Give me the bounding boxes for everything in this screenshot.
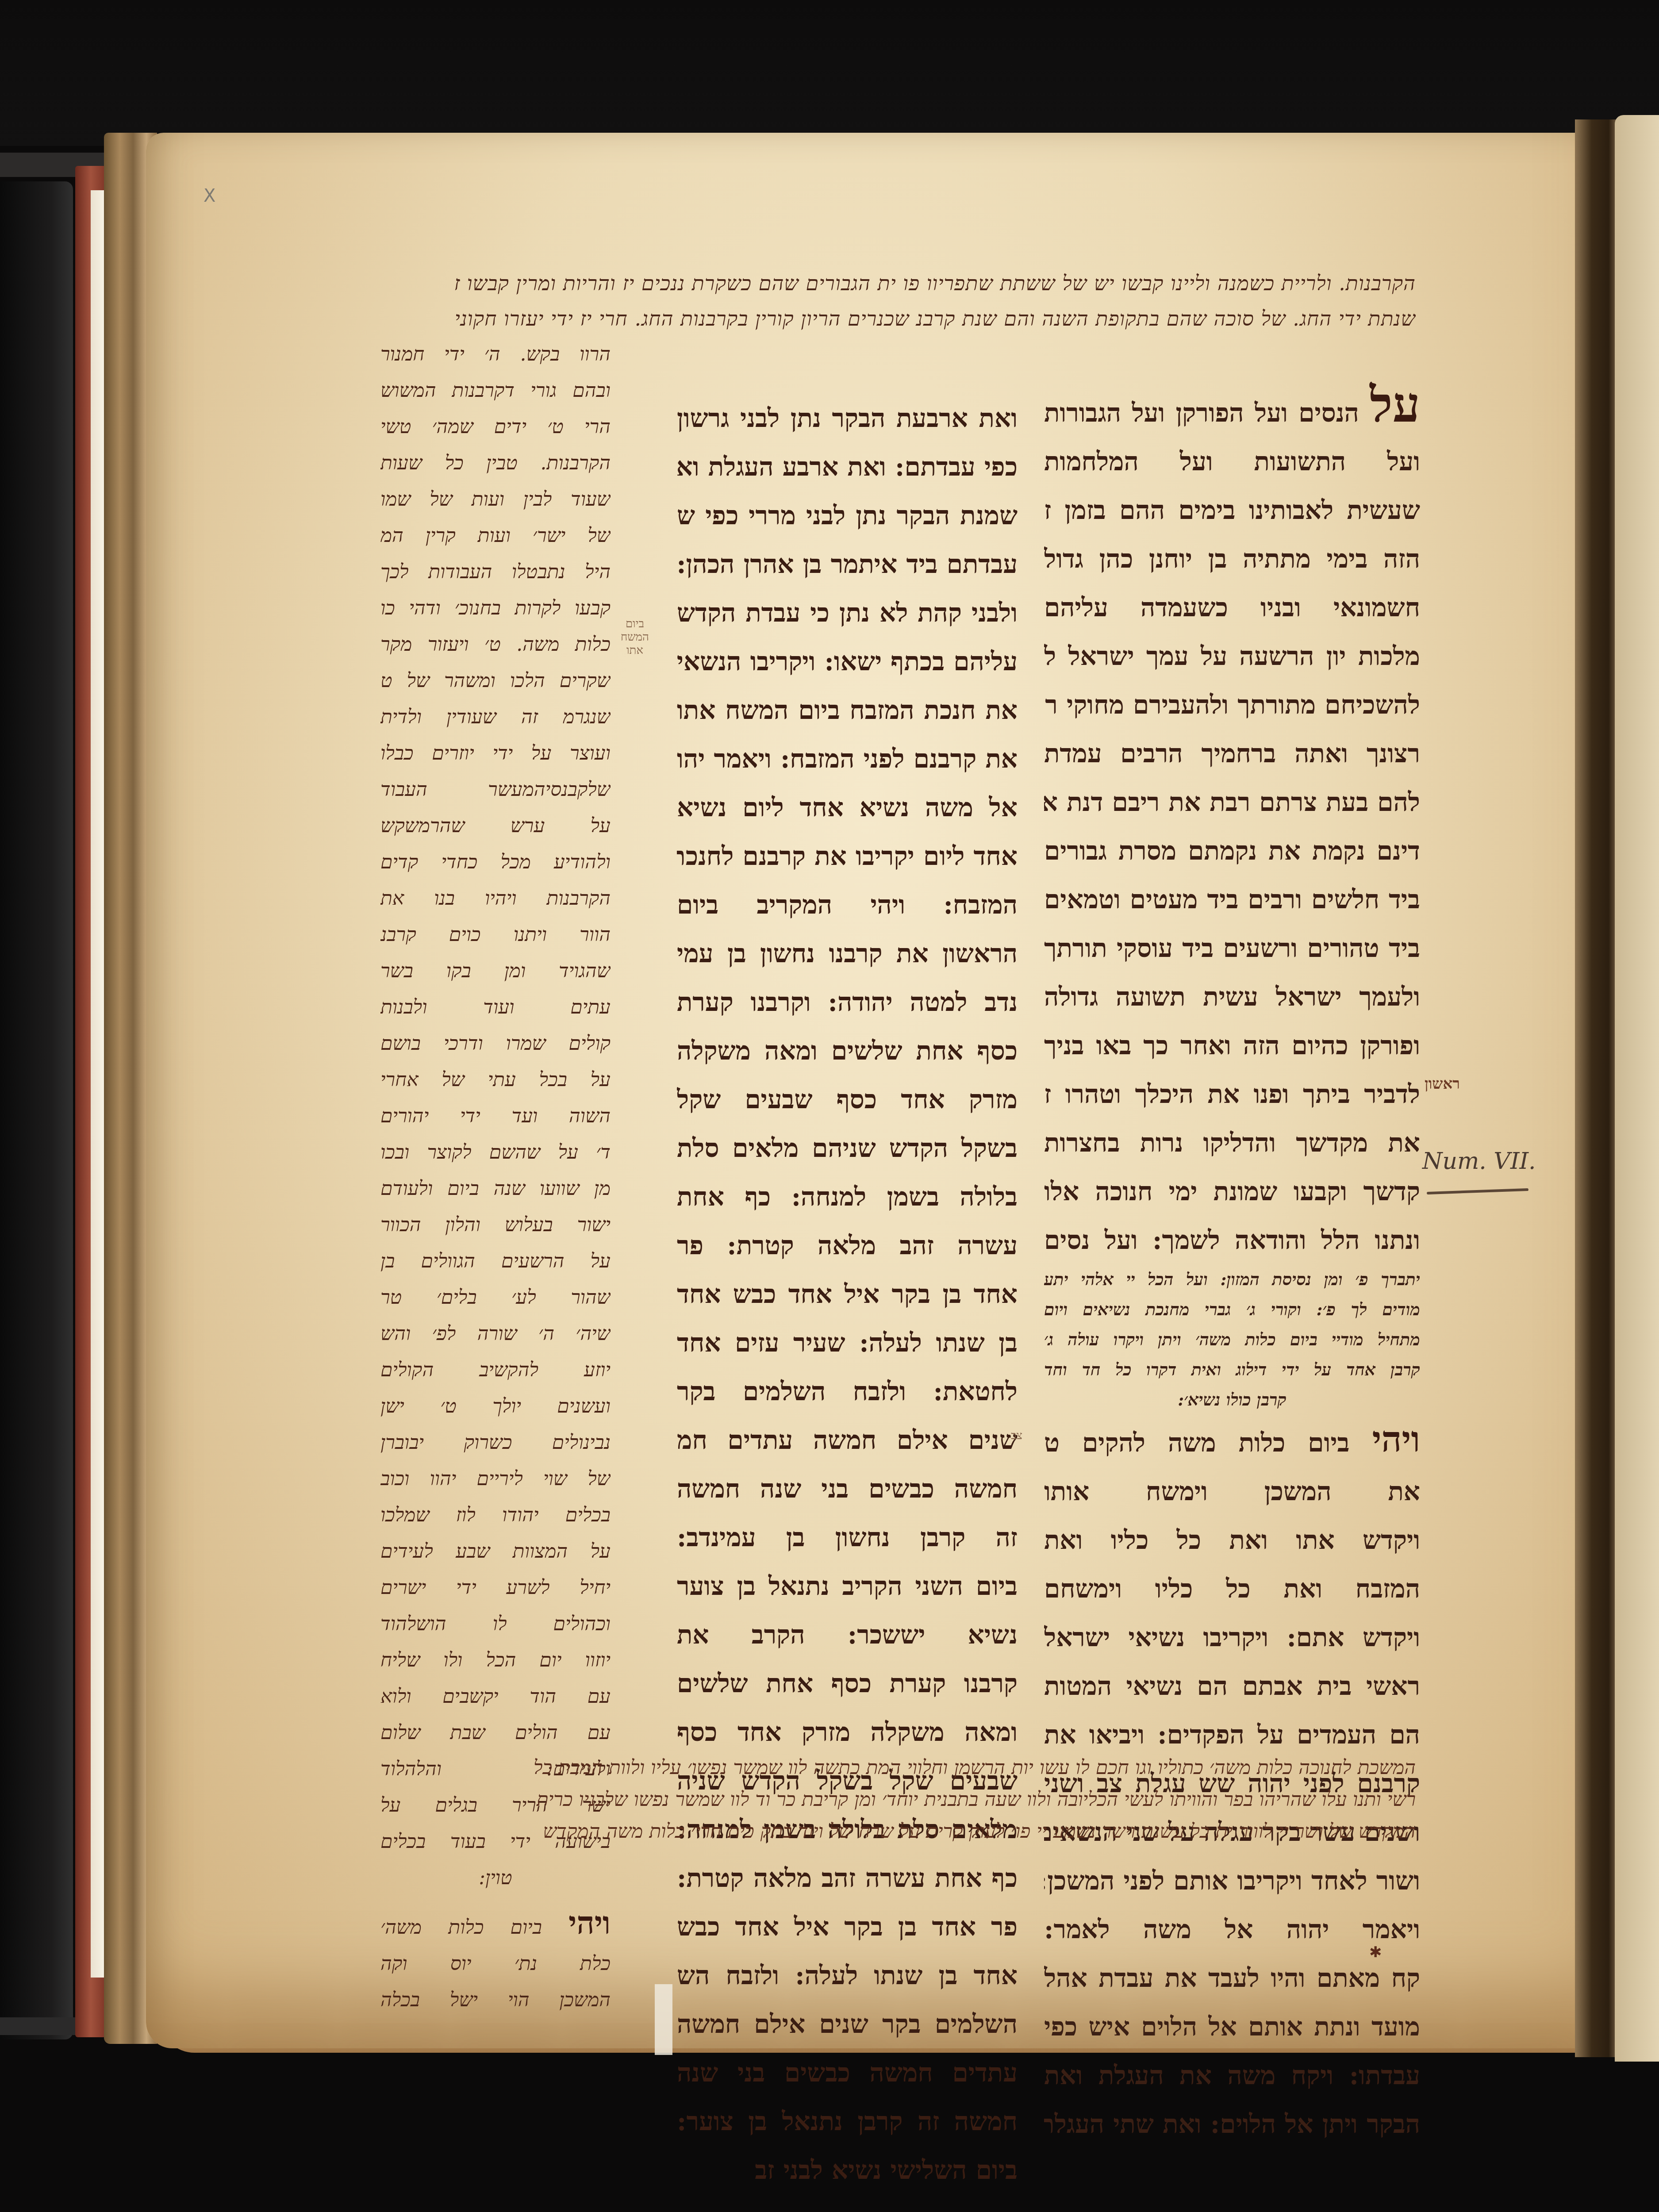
text-line: ביום השני הקריב נתנאל בן צוער [677,1562,1018,1610]
latin-marginal-reference: Num. VII. [1422,1148,1536,1175]
text-line: בלולה בשמן למנחה: כף אחת [677,1172,1018,1221]
text-line: בשקל הקדש שניהם מלאים סלת [677,1124,1018,1172]
text-line: מועד ונתת אותם אל הלוים איש כפי [1044,2002,1420,2051]
commentary-line: שלקבנסיהמעשר העבוד [380,772,611,808]
text-line: כפי עבדתם: ואת ארבע העגלת ואת [677,442,1018,491]
text-line: ויהי ביום כלות משה להקים ט [1044,1415,1420,1467]
masora-line: המשכת לחנוכה כלות משה׳ כתוליו וגו חכם לו… [389,1752,1416,1784]
text-line: בן שנתו לעלה: שעיר עזים אחד [677,1318,1018,1367]
text-line: המזבח ואת כל כליו וימשחם [1044,1564,1420,1613]
rubric-line: קרבן אחד על ידי דילוג ואית דקרו כל חד וח… [1044,1355,1420,1385]
commentary-line: יוזע להקשיב הקולים [380,1352,611,1388]
binding-flyleaf [91,190,104,1978]
text-line: לחטאת: ולזבח השלמים בקר [677,1367,1018,1416]
commentary-line: שנגרמ זה שעודין ולדית [380,699,611,735]
commentary-line: על המצוות שבע לעידים [380,1533,611,1570]
rubric-line: קרבן כולו נשיא׳: [1044,1385,1420,1415]
text-line: שנים אילם חמשה עתדים חמ [677,1416,1018,1464]
text-line: חשמונאי ובניו כשעמדה עליהם [1044,583,1420,632]
facing-page-edge [1615,115,1659,2062]
text-line: קרבנו קערת כסף אחת שלשים [677,1659,1018,1708]
commentary-line: כלות משה. ט׳ ויעזור מקר [380,626,611,663]
text-line: אחד בן שנתו לעלה: ולזבח הש [677,1951,1018,2000]
commentary-line: הוור ויתנו כוים קרבנ [380,917,611,953]
text-line: עשרה זהב מלאה קטרת: פר [677,1221,1018,1270]
section-initial-word: ויהי [1372,1418,1420,1460]
commentary-line: עם הוד יקשבים ולוא [380,1678,611,1715]
commentary-line: קבעו לקרות בחנוכ׳ ודהי כו [380,590,611,626]
section-initial-word: ויהי [568,1905,611,1941]
initial-word: על [1370,380,1420,433]
commentary-line: על בכל עתי של אחרי [380,1062,611,1098]
commentary-line: עתים ועוד ולבנות [380,989,611,1025]
text-line: עתדים חמשה כבשים בני שנה [677,2048,1018,2097]
commentary-line: הקרבנות. טבין כל שעות [380,445,611,481]
marginal-note-faint: צב [1011,1429,1022,1442]
text-line: אל משה נשיא אחד ליום נשיא [677,783,1018,832]
text-line: הזה בימי מתתיה בן יוחנן כהן גדול [1044,534,1420,583]
right-column: על הנסים ועל הפורקן ועל הגבורות ועל התשו… [1044,380,1420,2148]
commentary-line: וכהולים לו הושלהוד [380,1606,611,1642]
text-line: ונתנו הלל והודאה לשמך: ועל נסים [1044,1216,1420,1264]
commentary-line: בכלים יהודו לוז שמלכו [380,1497,611,1533]
commentary-line: שיה׳ ה׳ שורה לפ׳ והש [380,1316,611,1352]
commentary-line: ולהודיע מכל כחדי קדים [380,844,611,880]
text-line: את קרבנם לפני המזבח: ויאמר יהוה [677,734,1018,783]
text-line: ופורקן כהיום הזה ואחר כך באו בניך [1044,1021,1420,1070]
commentary-line: השוה ועד ידי יהורים [380,1098,611,1134]
text-line: ולבני קהת לא נתן כי עבדת הקדש [677,588,1018,637]
commentary-line: הקרבנות ויהיו בנו את [380,880,611,917]
text-line: רצונך ואתה ברחמיך הרבים עמדת [1044,729,1420,778]
text-line: הבקר ויתן אל הלוים: ואת שתי העגלת [1044,2100,1420,2148]
text-line: חמשה כבשים בני שנה חמשה [677,1464,1018,1513]
text-line: עבדתם ביד איתמר בן אהרן הכהן: [677,540,1018,588]
text-line: את מקדשך והדליקו נרות בחצרות [1044,1118,1420,1167]
commentary-line: יחיל לשרע ידי ישרים [380,1570,611,1606]
masora-line: המקדש של ושר יי לווור ית כל עשנת וישר נש… [389,1816,1416,1847]
text-line: המזבח: ויהי המקריב ביום [677,880,1018,929]
text-line: נדב למטה יהודה: וקרבנו קערת [677,978,1018,1026]
text-line: אחד ליום יקריבו את קרבנם לחנכת [677,832,1018,880]
commentary-line: ובהם גורי דקרבנות המשוש [380,373,611,409]
commentary-line: טוין: [380,1860,611,1896]
text-line: ויאמר יהוה אל משה לאמר: [1044,1905,1420,1954]
text-line: ויהי ביום כלות משה׳ [380,1905,611,1946]
text-line: פר אחד בן בקר איל אחד כבש [677,1902,1018,1951]
commentary-line: הרי ט׳ ידים שמה׳ טשי [380,409,611,445]
text-line: כסף אחת שלשים ומאה משקלה [677,1026,1018,1075]
commentary-line: של שוי ליריים יהוו וכוב [380,1461,611,1497]
text-line: כלת נת׳ יוס וקה [380,1946,611,1982]
commentary-line: ועוצר על ידי יוזרים כבלו [380,735,611,772]
text-line: להשכיחם מתורתך ולהעבירם מחוקי רצ [1044,680,1420,729]
commentary-line: עם הולים שבת שלום [380,1715,611,1751]
text-line: על הנסים ועל הפורקן ועל הגבורות [1044,380,1420,437]
text-line: קח מאתם והיו לעבד את עבדת אהל [1044,1954,1420,2002]
text-line: עליהם בכתף ישאו: ויקריבו הנשאים [677,637,1018,686]
text-line: ואת ארבעת הבקר נתן לבני גרשון [677,394,1018,442]
text-line: דינם נקמת את נקמתם מסרת גבורים [1044,826,1420,875]
commentary-line: ועשנים יולך ט׳ ישן [380,1388,611,1425]
text-line: ושור לאחד ויקריבו אותם לפני המשכן: [1044,1856,1420,1905]
bottom-margin-masora: המשכת לחנוכה כלות משה׳ כתוליו וגו חכם לו… [389,1752,1416,1847]
text-line: השלמים בקר שנים אילם חמשה [677,2000,1018,2048]
text-line: ומאה משקלה מזרק אחד כסף [677,1708,1018,1756]
text-line: המשכן הוי ישל בכלה [380,1982,611,2018]
text-line: ועל התשועות ועל המלחמות [1044,437,1420,486]
masora-line: רשי ותנו עלו שהריהו בפר והוויתו לעשי הכל… [389,1784,1416,1816]
text-line: עבדתו: ויקח משה את העגלת ואת [1044,2051,1420,2100]
masora-line: הקרבנות. ולריית כשמנה וליינו קבשו יש של … [389,265,1416,301]
masora-line: שנתת ידי החג. של סוכה שהם בתקופת השנה וה… [389,301,1416,336]
text-line: ויקדש אתו ואת כל כליו ואת [1044,1516,1420,1564]
commentary-line: שעוד לבין ועות של שמו [380,481,611,518]
text-line: את המשכן וימשח אותו [1044,1467,1420,1516]
page-repair-strip [655,1984,672,2055]
commentary-line: על הרשעים הגוולים בן [380,1243,611,1279]
text-line: ביד חלשים ורבים ביד מעטים וטמאים [1044,875,1420,924]
commentary-line: נבינולים כשרוק יבוברן [380,1425,611,1461]
rubric-line: יתברך פ׳ ומן נסיסת המזון: ועל הכל יי אלה… [1044,1264,1420,1294]
commentary-line: ישור בעלוש והלון הכוור [380,1207,611,1243]
text-line: להם בעת צרתם רבת את ריבם דנת את [1044,778,1420,826]
text-line: לדביר ביתך ופנו את היכלך וטהרו ז [1044,1070,1420,1118]
top-margin-masora: הקרבנות. ולריית כשמנה וליינו קבשו יש של … [389,265,1416,336]
text-line: נשיא יששכר: הקרב את [677,1610,1018,1659]
ornament-mark: ✱ [1369,1947,1381,1958]
text-line: מלכות יון הרשעה על עמך ישראל ל [1044,632,1420,680]
text-line: שמנת הבקר נתן לבני מררי כפי ש [677,491,1018,540]
commentary-line: שקרים הלכו ומשהר של ט [380,663,611,699]
marginal-note-rishon: ראשון [1425,1075,1460,1093]
text-line: זה קרבן נחשון בן עמינדב: [677,1513,1018,1562]
text-line: אחד בן בקר איל אחד כבש אחד [677,1270,1018,1318]
text-line: כף אחת עשרה זהב מלאה קטרת: [677,1854,1018,1902]
commentary-line: היל נתבטלו העבודות לכך [380,554,611,590]
middle-column: ואת ארבעת הבקר נתן לבני גרשון כפי עבדתם:… [677,394,1018,2194]
commentary-line: יוזוו יום הכל ולו שליח [380,1642,611,1678]
commentary-line: של ישר׳ ועות קרין המ [380,518,611,554]
commentary-line: ד׳ על שהשם לקוצר ובכו [380,1134,611,1171]
marginal-note-faint: ביום המשח אתו [617,617,653,657]
rubric-line: מודים לך פ׳: וקורי ג׳ גברי מחנכת נשיאים … [1044,1294,1420,1325]
text-line: חמשה זה קרבן נתנאל בן צוער: [677,2097,1018,2146]
text-line: קדשך וקבעו שמונת ימי חנוכה אלו [1044,1167,1420,1216]
text-line: ביום השלישי נשיא לבני זב [677,2146,1018,2194]
text-line: שעשית לאבותינו בימים ההם בזמן ז [1044,486,1420,534]
text-line: את חנכת המזבח ביום המשח אתו [677,686,1018,734]
commentary-line: מן שוועו שנה ביום ולעודם [380,1171,611,1207]
dark-backdrop [0,0,1659,146]
commentary-line: על ערש שהרמשקש [380,808,611,844]
book-cradle-left [0,181,73,2039]
text-line: ולעמך ישראל עשית תשועה גדולה [1044,972,1420,1021]
text-line: ויקדש אתם: ויקריבו נשיאי ישראל [1044,1613,1420,1662]
text-line: הראשון את קרבנו נחשון בן עמי [677,929,1018,978]
commentary-line: שהגויד ומן בקו בשר [380,953,611,989]
commentary-line: שהור לע׳ בלים׳ טר [380,1279,611,1316]
commentary-line: קולים שמרו ודרכי בושם [380,1025,611,1062]
rubric-line: מתחיל מודיי ביום כלות משה׳ ויתן ויקרו עו… [1044,1325,1420,1355]
pencil-mark: X [204,186,215,206]
commentary-line: הרוו בקש. ה׳ ידי חמנור [380,336,611,373]
book-gutter [1575,119,1617,2057]
text-line: ראשי בית אבתם הם נשיאי המטות [1044,1662,1420,1710]
text-line: מזרק אחד כסף שבעים שקל [677,1075,1018,1124]
text-line: ביד טהורים ורשעים ביד עוסקי תורתך [1044,924,1420,972]
